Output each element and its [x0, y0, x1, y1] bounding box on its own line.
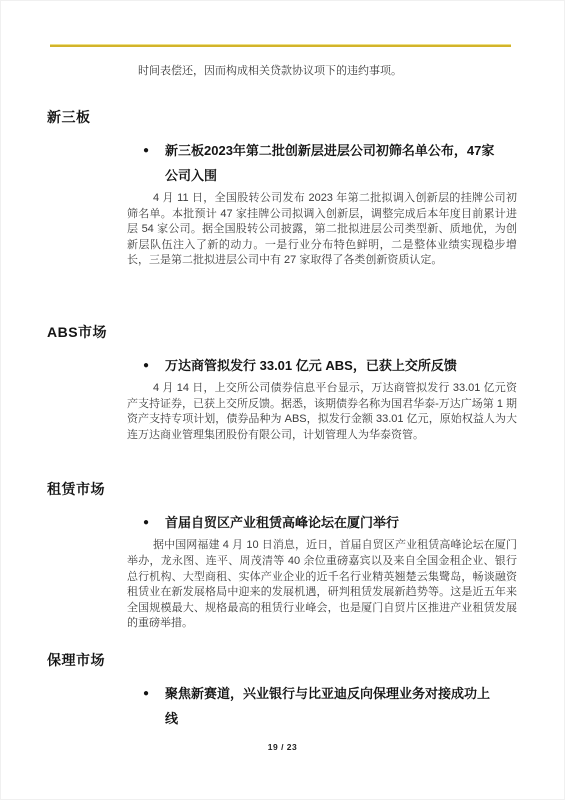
news-body: 4 月 14 日，上交所公司债券信息平台显示，万达商管拟发行 33.01 亿元资… [127, 381, 517, 443]
news-headline: 聚焦新赛道，兴业银行与比亚迪反向保理业务对接成功上线 [165, 681, 495, 731]
continuation-paragraph: 时间表偿还，因而构成相关贷款协议项下的违约事项。 [138, 64, 517, 79]
bullet-icon: ● [143, 353, 165, 378]
section-title-factoring: 保理市场 [47, 652, 517, 669]
bullet-icon: ● [143, 681, 165, 731]
section-title-neeq: 新三板 [47, 109, 517, 126]
news-item: ● 新三板2023年第二批创新层进层公司初筛名单公布，47家公司入围 [143, 138, 495, 188]
news-item: ● 首届自贸区产业租赁高峰论坛在厦门举行 [143, 510, 495, 535]
news-item: ● 万达商管拟发行 33.01 亿元 ABS，已获上交所反馈 [143, 353, 495, 378]
header-rule [50, 44, 511, 47]
section-factoring: 保理市场 ● 聚焦新赛道，兴业银行与比亚迪反向保理业务对接成功上线 [47, 652, 517, 731]
section-leasing: 租赁市场 ● 首届自贸区产业租赁高峰论坛在厦门举行 据中国网福建 4 月 10 … [47, 481, 517, 632]
document-page: 时间表偿还，因而构成相关贷款协议项下的违约事项。 新三板 ● 新三板2023年第… [0, 0, 565, 800]
section-neeq: 新三板 ● 新三板2023年第二批创新层进层公司初筛名单公布，47家公司入围 4… [47, 109, 517, 269]
news-headline: 首届自贸区产业租赁高峰论坛在厦门举行 [165, 510, 495, 535]
news-headline: 万达商管拟发行 33.01 亿元 ABS，已获上交所反馈 [165, 353, 495, 378]
bullet-icon: ● [143, 510, 165, 535]
news-body: 据中国网福建 4 月 10 日消息，近日，首届自贸区产业租赁高峰论坛在厦门举办，… [127, 538, 517, 632]
section-title-leasing: 租赁市场 [47, 481, 517, 498]
page-number: 19 / 23 [0, 742, 565, 752]
section-abs: ABS市场 ● 万达商管拟发行 33.01 亿元 ABS，已获上交所反馈 4 月… [47, 324, 517, 443]
news-body: 4 月 11 日，全国股转公司发布 2023 年第二批拟调入创新层的挂牌公司初筛… [127, 191, 517, 269]
news-item: ● 聚焦新赛道，兴业银行与比亚迪反向保理业务对接成功上线 [143, 681, 495, 731]
bullet-icon: ● [143, 138, 165, 188]
section-title-abs: ABS市场 [47, 324, 517, 341]
news-headline: 新三板2023年第二批创新层进层公司初筛名单公布，47家公司入围 [165, 138, 495, 188]
